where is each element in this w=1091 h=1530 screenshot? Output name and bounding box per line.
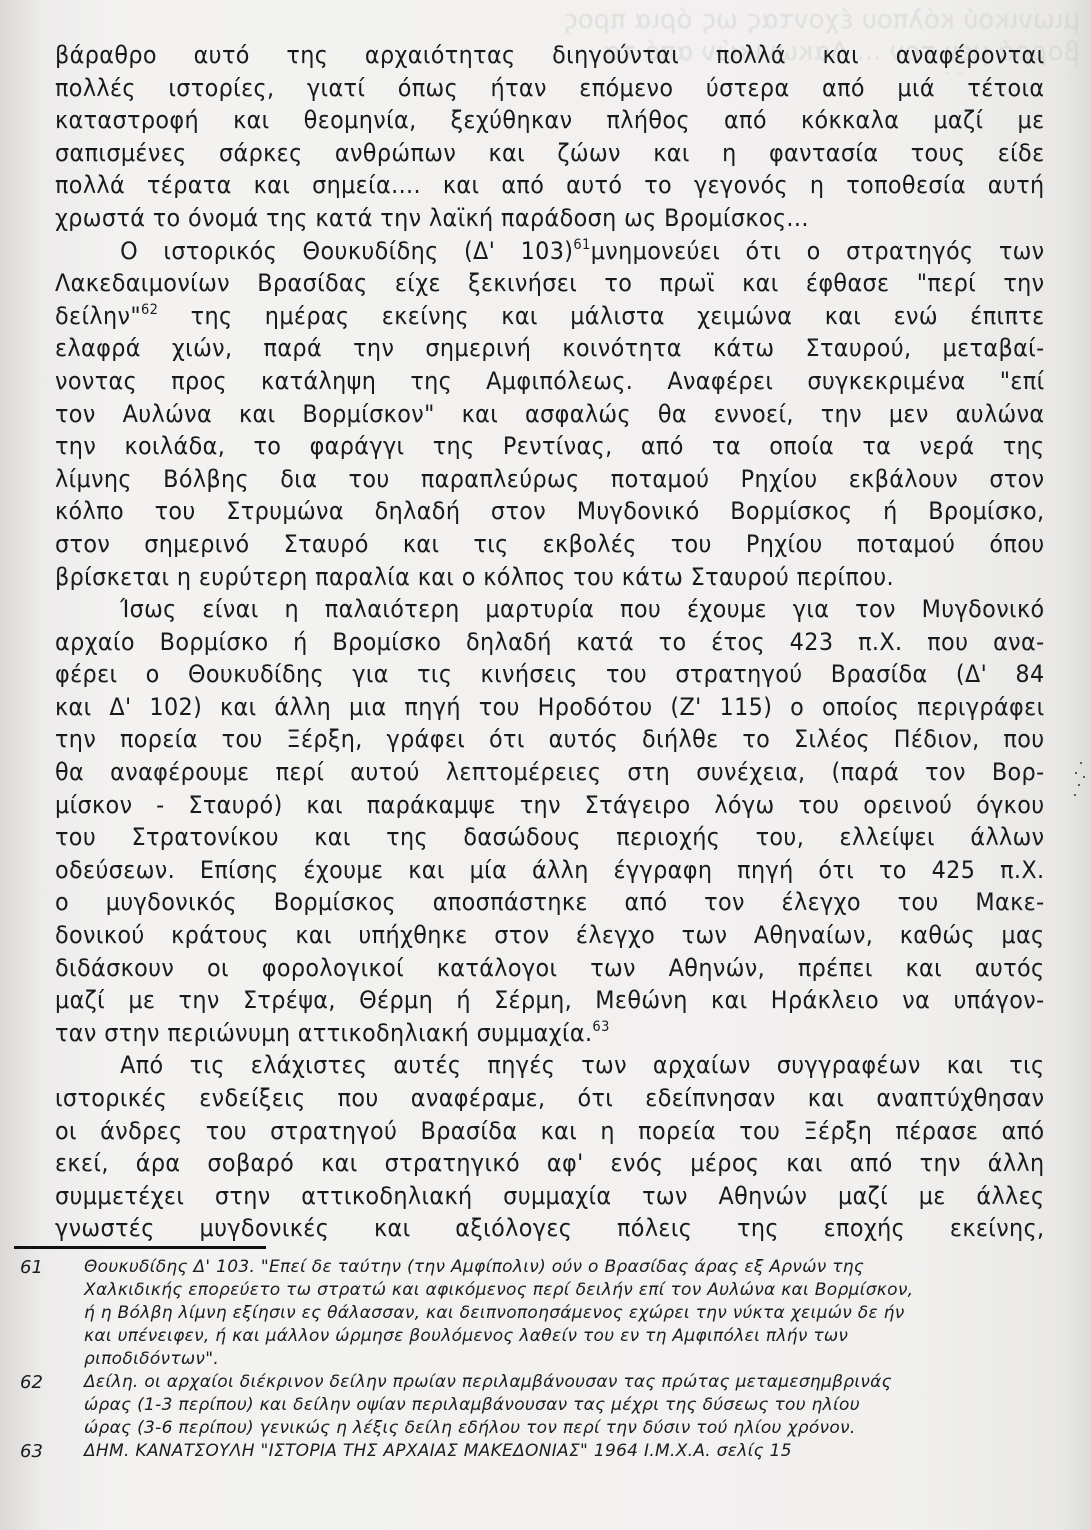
footnote-63: 63ΔΗΜ. ΚΑΝΑΤΣΟΥΛΗ "ΙΣΤΟΡΙΑ ΤΗΣ ΑΡΧΑΙΑΣ Μ… (20, 1440, 1040, 1463)
footnote-61: 61Θουκυδίδης Δ' 103. "Επεί δε ταύτην (τη… (20, 1256, 1040, 1371)
body-line: Ίσως είναι η παλαιότερη μαρτυρία που έχο… (55, 593, 1045, 626)
footnote-line: Χαλκιδικής επορεύετο τω στρατώ και αφικό… (84, 1279, 1040, 1302)
body-line: φέρει ο Θουκυδίδης για τις κινήσεις του … (55, 658, 1045, 691)
footnote-number: 63 (20, 1440, 84, 1463)
body-line: διδάσκουν οι φορολογικοί κατάλογοι των Α… (55, 952, 1045, 985)
footnote-line: ώρας (1-3 περίπου) και δείλην οψίαν περι… (84, 1394, 1040, 1417)
body-line: δείλην"62 της ημέρας εκείνης και μάλιστα… (55, 300, 1045, 333)
body-line: καταστροφή και θεομηνία, ξεχύθηκαν πλήθο… (55, 104, 1045, 137)
body-line: οδεύσεων. Επίσης έχουμε και μία άλλη έγγ… (55, 854, 1045, 887)
body-line: του Στρατονίκου και της δασώδους περιοχή… (55, 821, 1045, 854)
body-line: πολλά τέρατα και σημεία.... και από αυτό… (55, 169, 1045, 202)
body-line: ο μυγδονικός Βορμίσκος αποσπάστηκε από τ… (55, 886, 1045, 919)
body-line: στον σημερινό Σταυρό και τις εκβολές του… (55, 528, 1045, 561)
body-line: χρωστά το όνομά της κατά την λαϊκή παράδ… (55, 202, 1045, 235)
body-line: τον Αυλώνα και Βορμίσκον" και ασφαλώς θα… (55, 398, 1045, 431)
line-text: Ο ιστορικός Θουκυδίδης (Δ' 103) (120, 237, 573, 265)
body-line: συμμετέχει στην αττικοδηλιακή συμμαχία τ… (55, 1180, 1045, 1213)
body-line: κόλπο του Στρυμώνα δηλαδή στον Μυγδονικό… (55, 495, 1045, 528)
body-line: την κοιλάδα, το φαράγγι της Ρεντίνας, απ… (55, 430, 1045, 463)
body-line: βρίσκεται η ευρύτερη παραλία και ο κόλπο… (55, 561, 1045, 594)
body-line: Ο ιστορικός Θουκυδίδης (Δ' 103)61μνημονε… (55, 235, 1045, 268)
body-line: Από τις ελάχιστες αυτές πηγές των αρχαίω… (55, 1049, 1045, 1082)
body-line: μίσκον - Σταυρό) και παράκαμψε την Στάγε… (55, 789, 1045, 822)
footnote-62: 62Δείλη. οι αρχαίοι διέκρινον δείλην πρω… (20, 1371, 1040, 1440)
footnote-line: Θουκυδίδης Δ' 103. "Επεί δε ταύτην (την … (84, 1256, 1040, 1279)
body-line: θα αναφέρουμε περί αυτού λεπτομέρειες στ… (55, 756, 1045, 789)
footnote-line: Δείλη. οι αρχαίοι διέκρινον δείλην πρωία… (84, 1371, 1040, 1394)
body-line: την πορεία του Ξέρξη, γράφει ότι αυτός δ… (55, 723, 1045, 756)
body-line: ελαφρά χιών, παρά την σημερινή κοινότητα… (55, 332, 1045, 365)
footnote-separator (14, 1246, 266, 1249)
footnote-line: και υπένειφεν, ή και μάλλον ώρμησε βουλό… (84, 1325, 1040, 1348)
footnote-number: 61 (20, 1256, 84, 1371)
footnote-line: ή η Βόλβη λίμνη εξίησιν ες θάλασσαν, και… (84, 1302, 1040, 1325)
line-text: δείλην" (55, 302, 141, 330)
body-line: αρχαίο Βορμίσκο ή Βρομίσκο δηλαδή κατά τ… (55, 626, 1045, 659)
body-line: οι άνδρες του στρατηγού Βρασίδα και η πο… (55, 1115, 1045, 1148)
footnote-reference: 61 (573, 237, 590, 253)
body-line: δονικού κράτους και υπήχθηκε στον έλεγχο… (55, 919, 1045, 952)
body-line: γνωστές μυγδονικές και αξιόλογες πόλεις … (55, 1212, 1045, 1245)
body-line: εκεί, άρα σοβαρό και στρατηγικό αφ' ενός… (55, 1147, 1045, 1180)
body-text: βάραθρο αυτό της αρχαιότητας διηγούνται … (55, 39, 1045, 1245)
footnote-number: 62 (20, 1371, 84, 1440)
body-line: βάραθρο αυτό της αρχαιότητας διηγούνται … (55, 39, 1045, 72)
body-line: σαπισμένες σάρκες ανθρώπων και ζώων και … (55, 137, 1045, 170)
body-line: πολλές ιστορίες, γιατί όπως ήταν επόμενο… (55, 72, 1045, 105)
body-line: νοντας προς κατάληψη της Αμφιπόλεως. Ανα… (55, 365, 1045, 398)
body-line: μαζί με την Στρέψα, Θέρμη ή Σέρμη, Μεθών… (55, 984, 1045, 1017)
body-line: ιστορικές ενδείξεις που αναφέραμε, ότι ε… (55, 1082, 1045, 1115)
body-line: Λακεδαιμονίων Βρασίδας είχε ξεκινήσει το… (55, 267, 1045, 300)
footnote-line: ΔΗΜ. ΚΑΝΑΤΣΟΥΛΗ "ΙΣΤΟΡΙΑ ΤΗΣ ΑΡΧΑΙΑΣ ΜΑΚ… (84, 1440, 1040, 1463)
body-line: λίμνης Βόλβης δια του παραπλεύρως ποταμο… (55, 463, 1045, 496)
footnote-reference: 62 (141, 302, 158, 318)
line-text: μνημονεύει ότι ο στρατηγός των (591, 237, 1045, 265)
line-text: της ημέρας εκείνης και μάλιστα χειμώνα κ… (158, 302, 1044, 330)
body-line: ταν στην περιώνυμη αττικοδηλιακή συμμαχί… (55, 1017, 1045, 1050)
scan-specks (1072, 760, 1087, 800)
body-line: και Δ' 102) και άλλη μια πηγή του Ηροδότ… (55, 691, 1045, 724)
footnote-line: ώρας (3-6 περίπου) γενικώς η λέξις δείλη… (84, 1417, 1040, 1440)
footnote-line: ριποδιδόντων". (84, 1348, 1040, 1371)
footnotes: 61Θουκυδίδης Δ' 103. "Επεί δε ταύτην (τη… (20, 1256, 1040, 1463)
footnote-reference: 63 (592, 1019, 609, 1035)
line-text: ταν στην περιώνυμη αττικοδηλιακή συμμαχί… (55, 1019, 592, 1047)
